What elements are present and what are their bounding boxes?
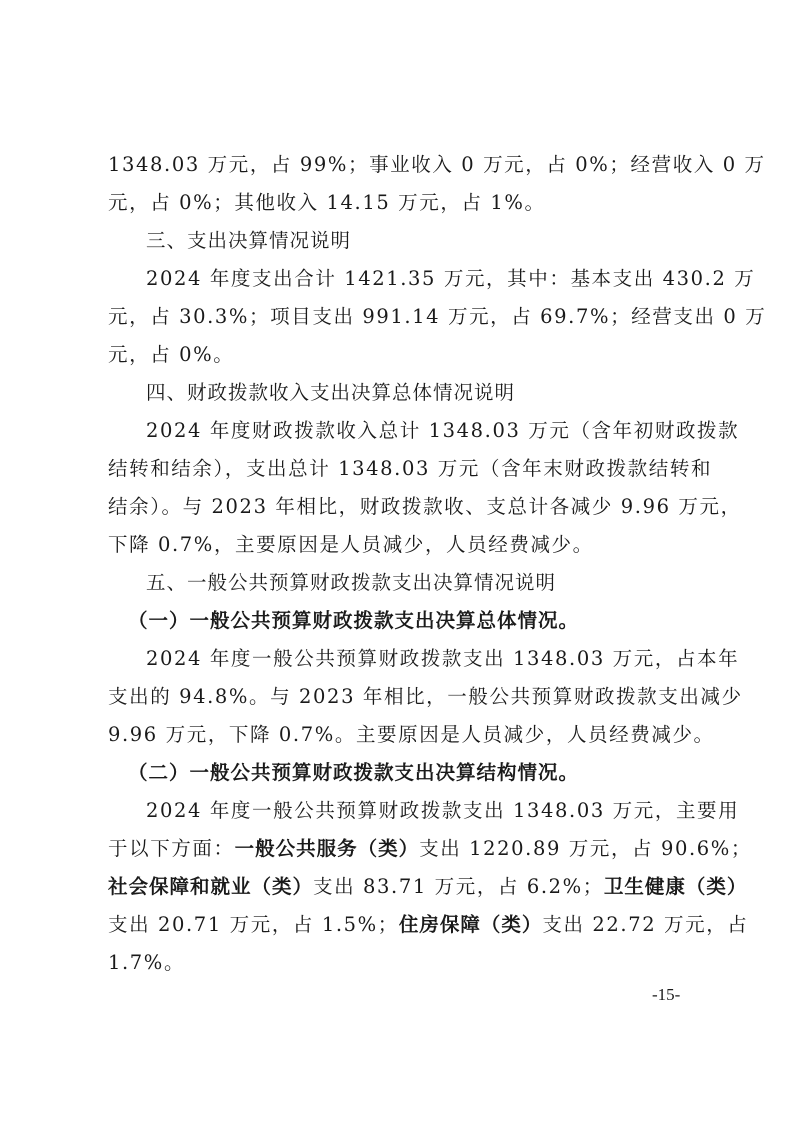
paragraph-line: 支出的 94.8%。与 2023 年相比，一般公共预算财政拨款支出减少: [108, 678, 698, 716]
text-span: 支出 20.71 万元，占 1.5%；: [108, 913, 399, 936]
page-number: -15-: [652, 985, 680, 1005]
paragraph-line: 2024 年度财政拨款收入总计 1348.03 万元（含年初财政拨款: [146, 412, 698, 450]
section-heading-3: 三、支出决算情况说明: [146, 222, 698, 260]
paragraph-line: 元，占 0%；其他收入 14.15 万元，占 1%。: [108, 184, 698, 222]
section-heading-4: 四、财政拨款收入支出决算总体情况说明: [146, 374, 698, 412]
paragraph-line: 2024 年度一般公共预算财政拨款支出 1348.03 万元，主要用: [146, 792, 698, 830]
category-social-security: 社会保障和就业（类）: [108, 875, 313, 898]
paragraph-line: 下降 0.7%，主要原因是人员减少，人员经费减少。: [108, 526, 698, 564]
paragraph-line: 结转和结余），支出总计 1348.03 万元（含年末财政拨款结转和: [108, 450, 698, 488]
paragraph-line: 1348.03 万元，占 99%；事业收入 0 万元，占 0%；经营收入 0 万: [108, 146, 698, 184]
paragraph-line: 元，占 0%。: [108, 336, 698, 374]
paragraph-line: 9.96 万元，下降 0.7%。主要原因是人员减少，人员经费减少。: [108, 716, 698, 754]
text-span: 支出 83.71 万元，占 6.2%；: [313, 875, 604, 898]
category-housing: 住房保障（类）: [399, 913, 543, 936]
text-span: 支出 1220.89 万元，占 90.6%；: [419, 837, 752, 860]
paragraph-line: 元，占 30.3%；项目支出 991.14 万元，占 69.7%；经营支出 0 …: [108, 298, 698, 336]
paragraph-line: 结余）。与 2023 年相比，财政拨款收、支总计各减少 9.96 万元，: [108, 488, 698, 526]
document-page: 1348.03 万元，占 99%；事业收入 0 万元，占 0%；经营收入 0 万…: [0, 0, 793, 1122]
category-general-public-services: 一般公共服务（类）: [235, 837, 420, 860]
paragraph-line: 1.7%。: [108, 944, 698, 982]
section-heading-5: 五、一般公共预算财政拨款支出决算情况说明: [146, 564, 698, 602]
paragraph-line: 2024 年度支出合计 1421.35 万元，其中：基本支出 430.2 万: [146, 260, 698, 298]
subsection-heading-2: （二）一般公共预算财政拨款支出决算结构情况。: [128, 754, 718, 792]
category-health: 卫生健康（类）: [604, 875, 748, 898]
subsection-heading-1: （一）一般公共预算财政拨款支出决算总体情况。: [128, 602, 718, 640]
text-span: 支出 22.72 万元，占: [542, 913, 748, 936]
paragraph-line: 2024 年度一般公共预算财政拨款支出 1348.03 万元，占本年: [146, 640, 698, 678]
paragraph-line: 于以下方面：一般公共服务（类）支出 1220.89 万元，占 90.6%；: [108, 830, 698, 868]
paragraph-line: 社会保障和就业（类）支出 83.71 万元，占 6.2%；卫生健康（类）: [108, 868, 698, 906]
paragraph-line: 支出 20.71 万元，占 1.5%；住房保障（类）支出 22.72 万元，占: [108, 906, 698, 944]
text-span: 于以下方面：: [108, 837, 235, 860]
